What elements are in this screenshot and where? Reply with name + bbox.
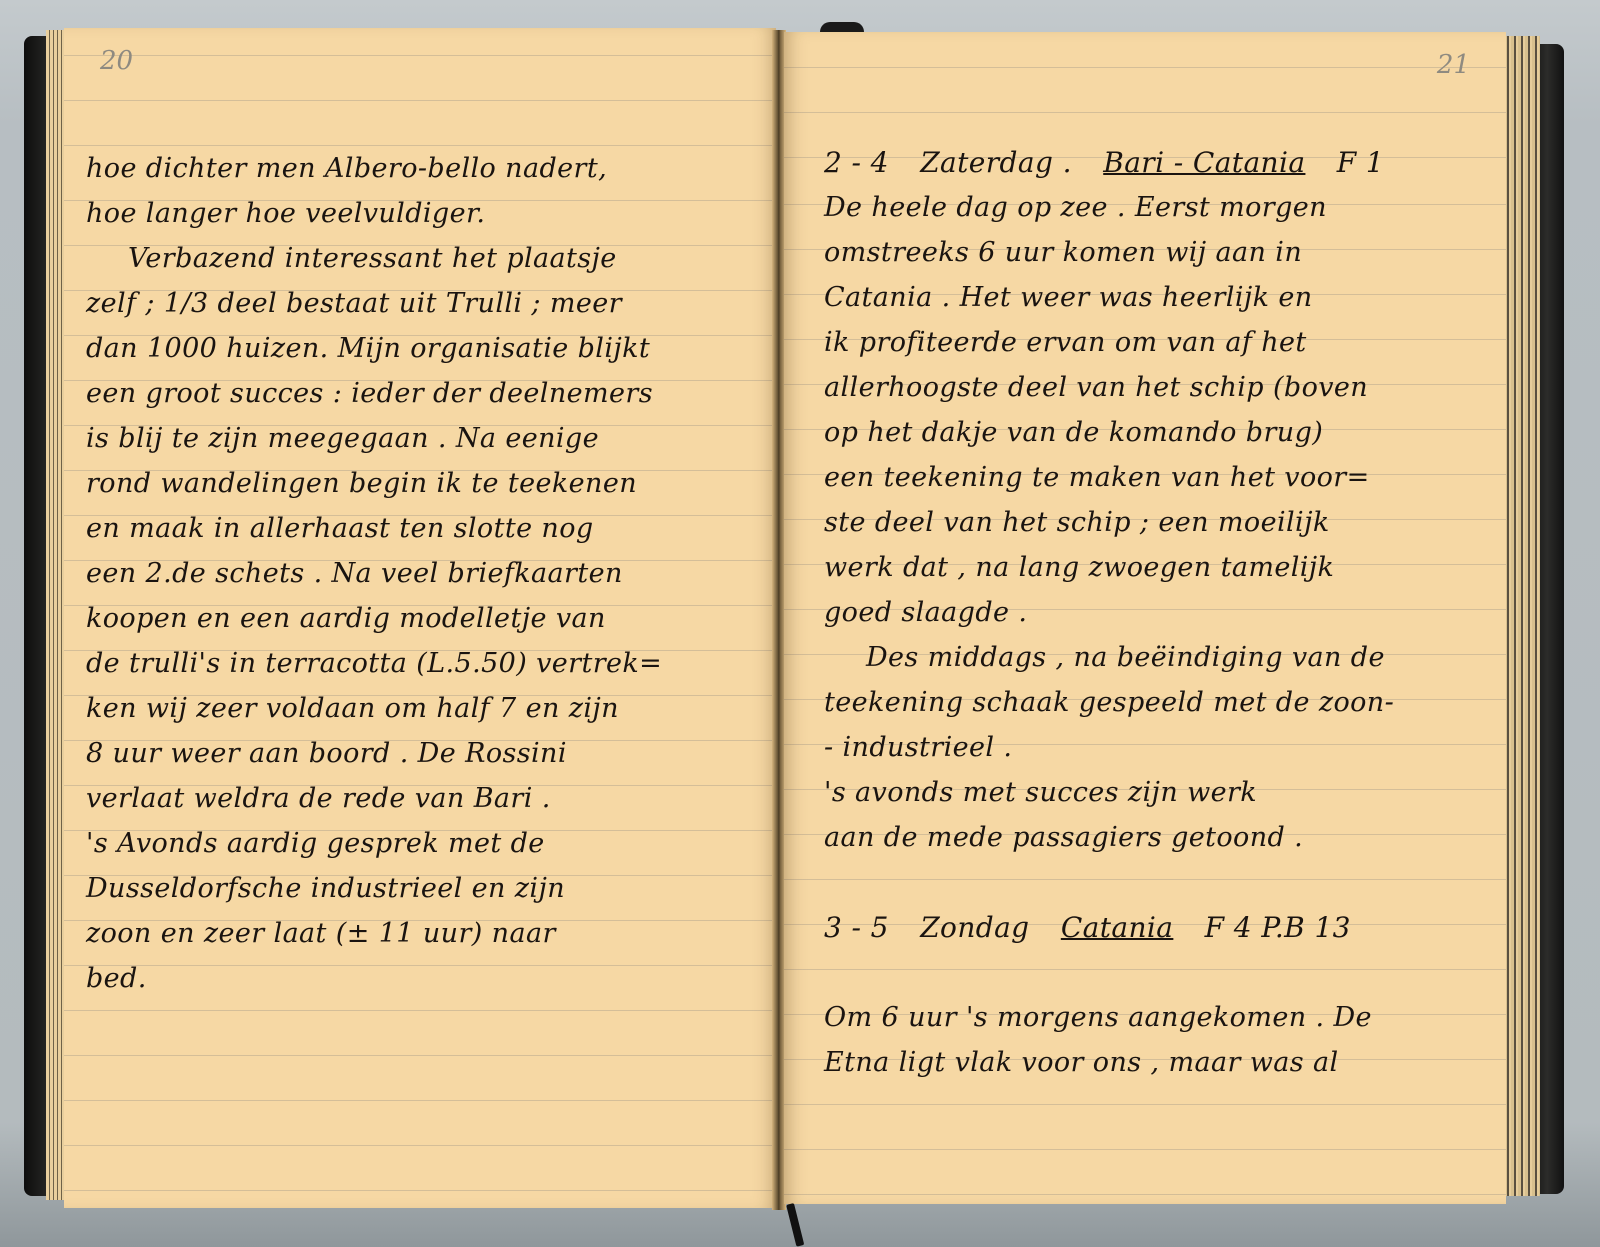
entry-route: Bari - Catania bbox=[1103, 146, 1305, 179]
notebook-cover-right bbox=[1536, 44, 1564, 1194]
text-line: de trulli's in terracotta (L.5.50) vertr… bbox=[86, 641, 776, 686]
text-line: zelf ; 1/3 deel bestaat uit Trulli ; mee… bbox=[86, 281, 776, 326]
text-line: verlaat weldra de rede van Bari . bbox=[86, 776, 776, 821]
text-line: een groot succes : ieder der deelnemers bbox=[86, 371, 776, 416]
left-page-text: hoe dichter men Albero-bello nadert, hoe… bbox=[86, 146, 776, 1001]
text-line: goed slaagde . bbox=[824, 590, 1506, 635]
right-page: 21 2 - 4 Zaterdag . Bari - Catania F 1 D… bbox=[784, 32, 1506, 1204]
text-line: - industrieel . bbox=[824, 725, 1506, 770]
entry-day: Zondag bbox=[920, 911, 1029, 944]
page-number-left: 20 bbox=[100, 46, 133, 76]
text-line: De heele dag op zee . Eerst morgen bbox=[824, 185, 1506, 230]
text-line: 8 uur weer aan boord . De Rossini bbox=[86, 731, 776, 776]
text-line: aan de mede passagiers getoond . bbox=[824, 815, 1506, 860]
text-line: ik profiteerde ervan om van af het bbox=[824, 320, 1506, 365]
text-line: ste deel van het schip ; een moeilijk bbox=[824, 500, 1506, 545]
text-line: Catania . Het weer was heerlijk en bbox=[824, 275, 1506, 320]
entry-date: 3 - 5 bbox=[824, 911, 889, 944]
entry-code: F 4 P.B 13 bbox=[1205, 911, 1351, 944]
text-line: Etna ligt vlak voor ons , maar was al bbox=[824, 1040, 1506, 1085]
entry-code: F 1 bbox=[1337, 146, 1384, 179]
text-line: Dusseldorfsche industrieel en zijn bbox=[86, 866, 776, 911]
text-line: Om 6 uur 's morgens aangekomen . De bbox=[824, 995, 1506, 1040]
text-line: bed. bbox=[86, 956, 776, 1001]
text-line: koopen en een aardig modelletje van bbox=[86, 596, 776, 641]
text-line: 's avonds met succes zijn werk bbox=[824, 770, 1506, 815]
text-line: een teekening te maken van het voor= bbox=[824, 455, 1506, 500]
blank-line bbox=[824, 950, 1506, 995]
text-line: rond wandelingen begin ik te teekenen bbox=[86, 461, 776, 506]
text-line: omstreeks 6 uur komen wij aan in bbox=[824, 230, 1506, 275]
text-line: op het dakje van de komando brug) bbox=[824, 410, 1506, 455]
text-line: Verbazend interessant het plaatsje bbox=[86, 236, 776, 281]
text-line: werk dat , na lang zwoegen tamelijk bbox=[824, 545, 1506, 590]
text-line: allerhoogste deel van het schip (boven bbox=[824, 365, 1506, 410]
entry-day: Zaterdag . bbox=[920, 146, 1072, 179]
text-line: teekening schaak gespeeld met de zoon- bbox=[824, 680, 1506, 725]
text-line: en maak in allerhaast ten slotte nog bbox=[86, 506, 776, 551]
left-page: 20 hoe dichter men Albero-bello nadert, … bbox=[64, 28, 776, 1208]
text-line: hoe dichter men Albero-bello nadert, bbox=[86, 146, 776, 191]
text-line: Des middags , na beëindiging van de bbox=[824, 635, 1506, 680]
text-line: 's Avonds aardig gesprek met de bbox=[86, 821, 776, 866]
entry-date: 2 - 4 bbox=[824, 146, 889, 179]
text-line: dan 1000 huizen. Mijn organisatie blijkt bbox=[86, 326, 776, 371]
entry-heading-1: 2 - 4 Zaterdag . Bari - Catania F 1 bbox=[824, 140, 1506, 185]
text-line: hoe langer hoe veelvuldiger. bbox=[86, 191, 776, 236]
text-line: zoon en zeer laat (± 11 uur) naar bbox=[86, 911, 776, 956]
text-line: is blij te zijn meegegaan . Na eenige bbox=[86, 416, 776, 461]
right-page-text: 2 - 4 Zaterdag . Bari - Catania F 1 De h… bbox=[824, 140, 1506, 1085]
entry-heading-2: 3 - 5 Zondag Catania F 4 P.B 13 bbox=[824, 905, 1506, 950]
page-edges-right bbox=[1504, 36, 1540, 1196]
page-edges-left bbox=[46, 30, 66, 1200]
text-line: ken wij zeer voldaan om half 7 en zijn bbox=[86, 686, 776, 731]
entry-place: Catania bbox=[1061, 911, 1174, 944]
page-number-right: 21 bbox=[1437, 50, 1470, 80]
text-line: een 2.de schets . Na veel briefkaarten bbox=[86, 551, 776, 596]
blank-line bbox=[824, 860, 1506, 905]
